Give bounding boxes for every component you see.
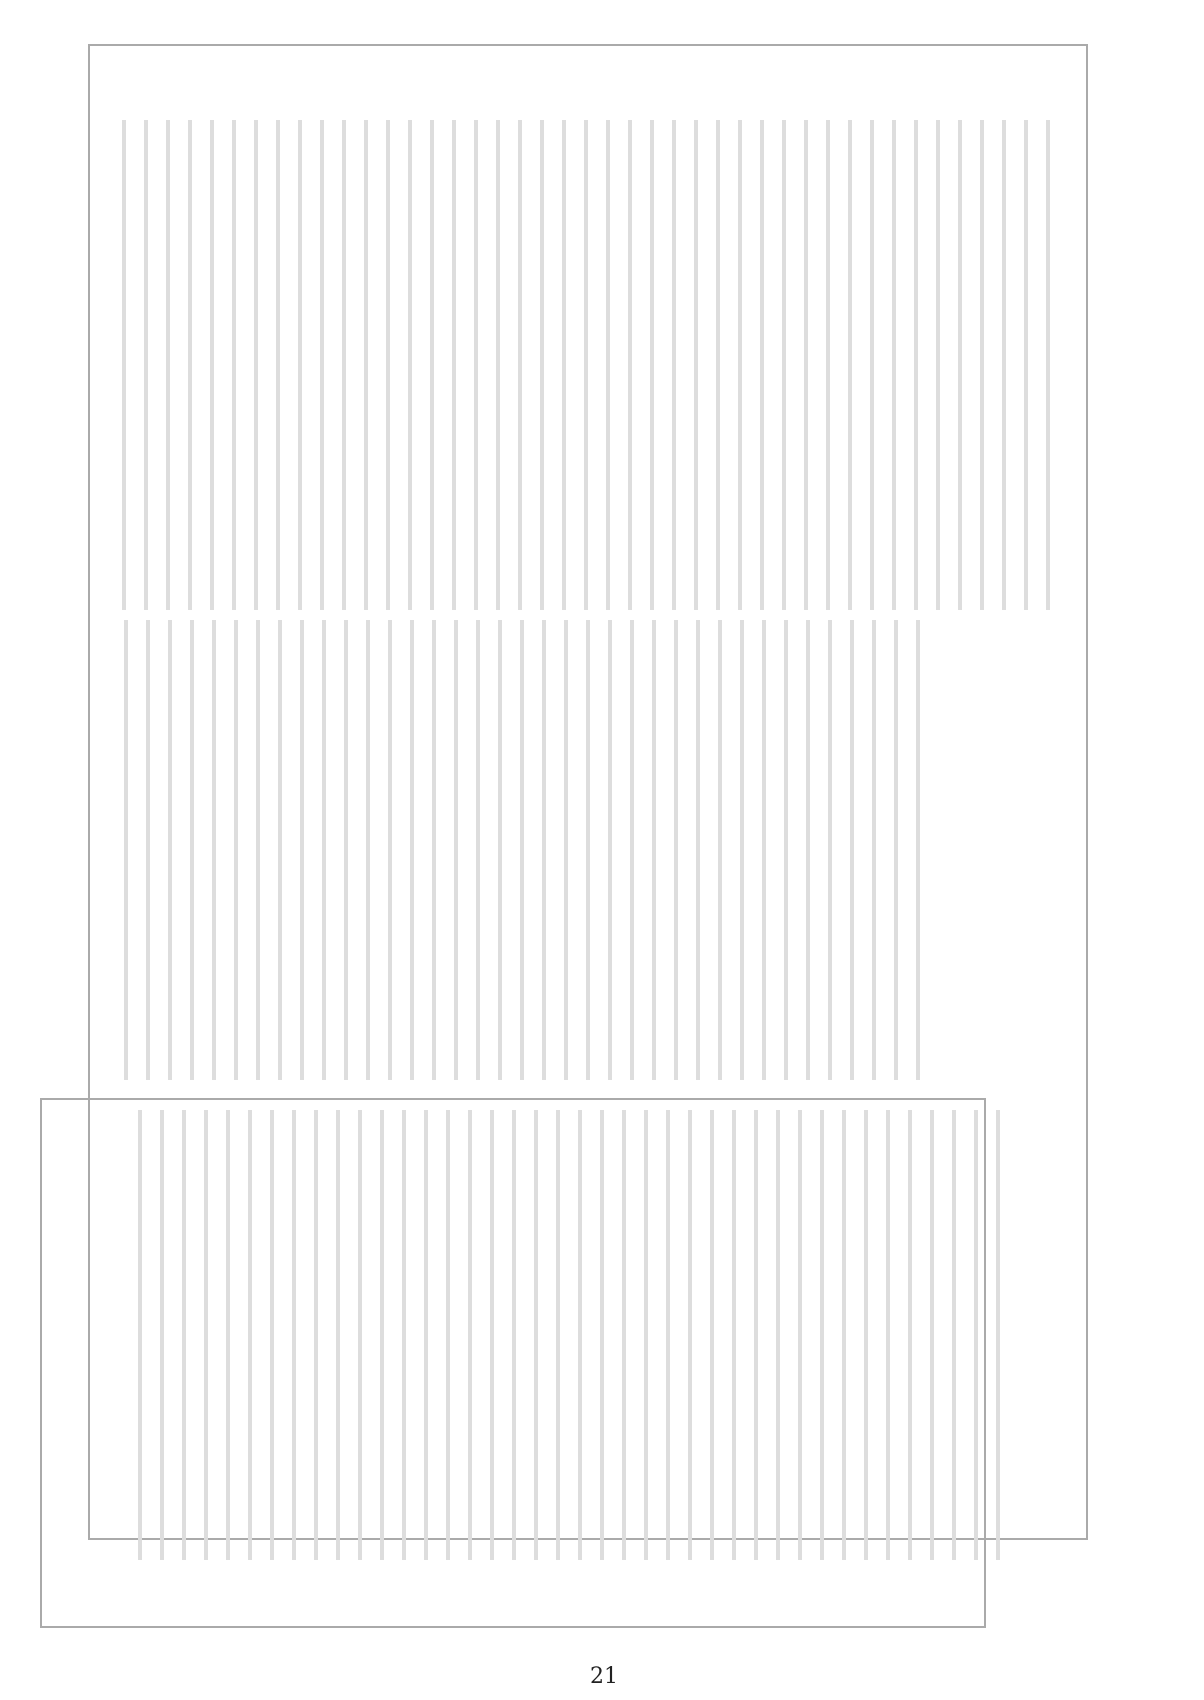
page-number: 21 (590, 1664, 618, 1689)
text-block-top (120, 120, 1050, 610)
text-block-middle (120, 620, 920, 1080)
text-block-bottom (120, 1110, 1000, 1560)
